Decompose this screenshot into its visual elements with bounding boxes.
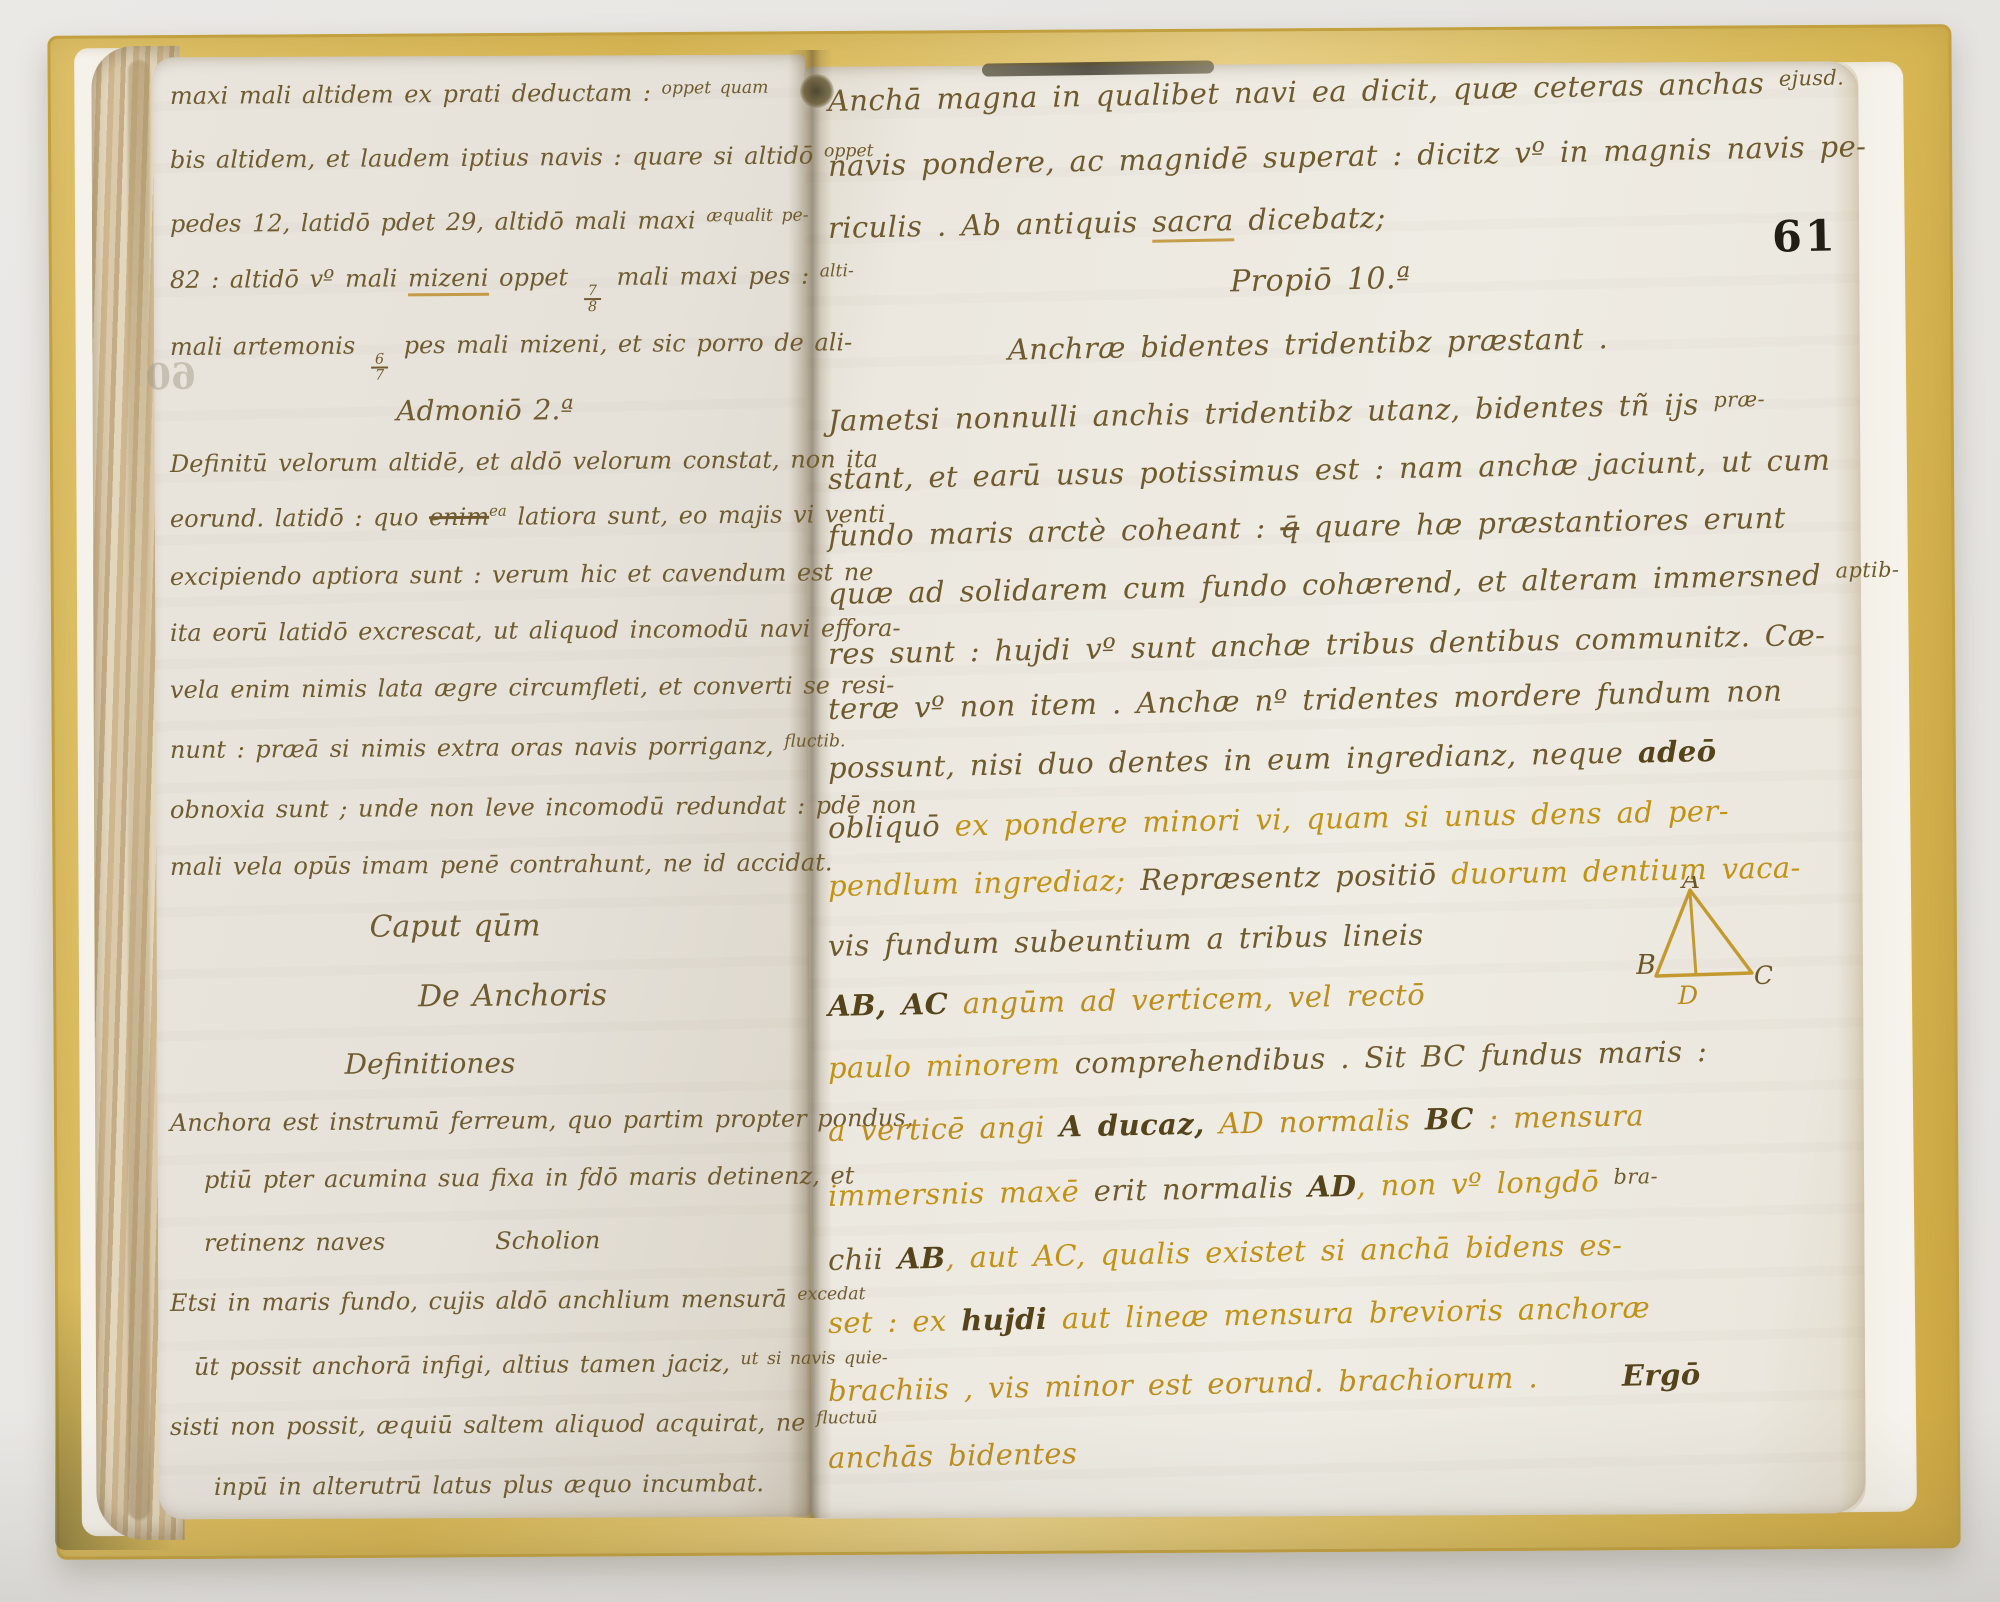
deckle-fiber-streak: [128, 60, 150, 1520]
gutter-shadow: [788, 50, 832, 1518]
left-page: [153, 55, 811, 1520]
page-number: 61: [1772, 211, 1839, 262]
manuscript-photo: 60 61 maxi mali altidem ex prati deducta…: [0, 0, 2000, 1602]
triangle-shape: [1656, 890, 1752, 976]
triangle-label-b: B: [1636, 950, 1656, 981]
triangle-diagram: A B C D: [1636, 876, 1772, 1008]
gutter-ink-blot: [800, 74, 834, 108]
triangle-label-a: A: [1680, 876, 1700, 894]
triangle-altitude-line: [1690, 892, 1696, 975]
triangle-label-d: D: [1677, 981, 1698, 1008]
right-page: [804, 61, 1866, 1518]
ghost-page-number: 60: [146, 356, 197, 399]
triangle-label-c: C: [1754, 961, 1772, 990]
